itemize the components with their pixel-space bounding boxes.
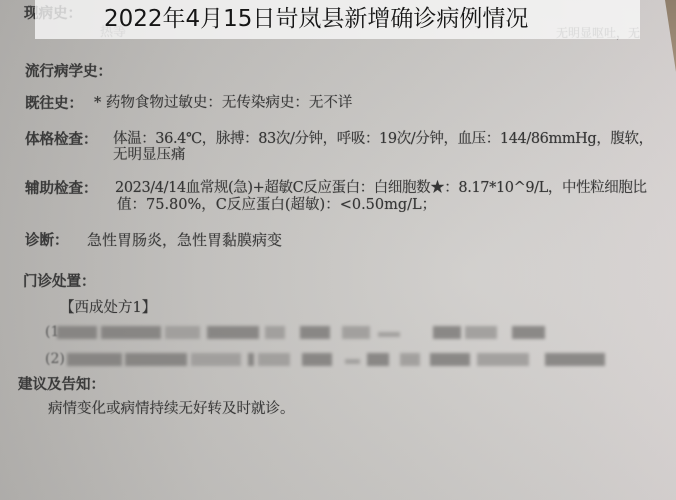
advice-value: 病情变化或病情持续无好转及时就诊。 xyxy=(48,402,295,417)
prescription-item-marker: (2) xyxy=(45,351,65,367)
diagnosis-label: 诊断： xyxy=(25,233,69,248)
diagnosis-value: 急性胃肠炎，急性胃黏膜病变 xyxy=(87,233,282,248)
epidemiological-history-label: 流行病学史： xyxy=(25,64,112,79)
overlay-title: 2022年4月15日岢岚县新增确诊病例情况 xyxy=(104,6,528,33)
advice-label: 建议及告知： xyxy=(18,377,105,392)
physical-exam-line-1: 体温：36.4℃，脉搏：83次/分钟，呼吸：19次/分钟，血压：144/86mm… xyxy=(113,132,653,147)
past-history-value: * 药物食物过敏史：无传染病史：无不详 xyxy=(94,96,352,111)
auxiliary-exam-label: 辅助检查： xyxy=(25,181,98,196)
past-history-label: 既往史： xyxy=(25,96,83,111)
auxiliary-exam-line-1: 2023/4/14血常规(急)+超敏C反应蛋白：白细胞数★：8.17*10^9/… xyxy=(115,181,647,196)
prescription-header: 【西成处方1】 xyxy=(60,301,156,316)
physical-exam-line-2: 无明显压痛 xyxy=(113,148,186,163)
outpatient-treatment-label: 门诊处置： xyxy=(23,274,96,289)
physical-exam-label: 体格检查： xyxy=(25,132,98,147)
auxiliary-exam-line-2: 值：75.80%，C反应蛋白(超敏)：<0.50mg/L； xyxy=(117,198,436,213)
prescription-item-2-redacted: (2) xyxy=(45,351,615,367)
prescription-item-1-redacted: (1 xyxy=(45,324,555,340)
title-overlay-banner: 2022年4月15日岢岚县新增确诊病例情况 xyxy=(35,0,640,39)
